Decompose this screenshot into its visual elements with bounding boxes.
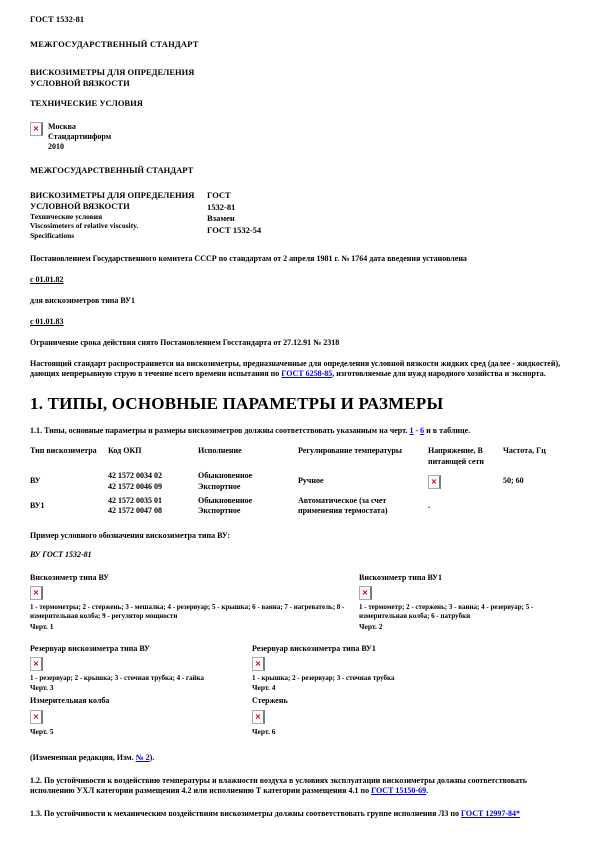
document-page: ГОСТ 1532-81 МЕЖГОСУДАРСТВЕННЫЙ СТАНДАРТ…: [0, 0, 595, 842]
resolution-paragraph: Постановлением Государственного комитета…: [30, 254, 565, 264]
effective-date-2: с 01.01.83: [30, 317, 565, 327]
standard-label: МЕЖГОСУДАРСТВЕННЫЙ СТАНДАРТ: [30, 39, 565, 50]
figure-2-ref: Черт. 2: [359, 622, 565, 632]
figure-3-ref: Черт. 3: [30, 683, 240, 693]
imprint-city: Москва: [48, 122, 111, 132]
figure-4-6-block: Резервуар вискозиметра типа ВУ1 × 1 - кр…: [252, 644, 565, 740]
example-label: Пример условного обозначения вискозиметр…: [30, 531, 565, 541]
gost-word: ГОСТ: [207, 190, 261, 201]
table-row-vu1: ВУ1 42 1572 0035 01 42 1572 0047 08 Обык…: [30, 494, 565, 519]
figure-3-title: Резервуар вискозиметра типа ВУ: [30, 644, 240, 654]
p11-text-pre: 1.1. Типы, основные параметры и размеры …: [30, 426, 409, 435]
cell-temp-vu: Ручное: [298, 469, 428, 494]
p12-text-pre: 1.2. По устойчивости к воздействию темпе…: [30, 776, 527, 796]
amended-note: (Измененная редакция, Изм. № 2).: [30, 753, 565, 763]
for-vu1-note: для вискозиметров типа ВУ1: [30, 296, 565, 306]
cell-okp-vu: 42 1572 0034 02 42 1572 0046 09: [108, 469, 198, 494]
figure-2-title: Вискозиметр типа ВУ1: [359, 573, 565, 583]
header-execution: Исполнение: [198, 444, 298, 469]
figure-3-5-block: Резервуар вискозиметра типа ВУ × 1 - рез…: [30, 644, 252, 740]
gost-number: 1532-81: [207, 202, 261, 213]
scope-text-post: , изготовляемые для нужд народного хозяй…: [332, 369, 545, 378]
section-1-title: 1. ТИПЫ, ОСНОВНЫЕ ПАРАМЕТРЫ И РАЗМЕРЫ: [30, 395, 565, 414]
broken-image-icon: ×: [30, 657, 43, 671]
effective-date-1: с 01.01.82: [30, 275, 565, 285]
doc-code: ГОСТ 1532-81: [30, 14, 565, 25]
cell-voltage-vu1: .: [428, 494, 503, 519]
figure-4-image: ×: [252, 657, 565, 671]
p12-text-post: .: [426, 786, 428, 795]
figure-4-title: Резервуар вискозиметра типа ВУ1: [252, 644, 565, 654]
figure-1-block: Вискозиметр типа ВУ × 1 - термометры; 2 …: [30, 573, 359, 635]
figure-3-caption: 1 - резервуар; 2 - крышка; 3 - сточная т…: [30, 674, 240, 683]
okp-code: 42 1572 0034 02: [108, 471, 194, 481]
main-title: ВИСКОЗИМЕТРЫ ДЛЯ ОПРЕДЕЛЕНИЯ УСЛОВНОЙ ВЯ…: [30, 67, 565, 88]
okp-code: 42 1572 0046 09: [108, 482, 194, 492]
title-block: ВИСКОЗИМЕТРЫ ДЛЯ ОПРЕДЕЛЕНИЯ УСЛОВНОЙ ВЯ…: [30, 190, 565, 241]
broken-image-icon: ×: [428, 475, 441, 489]
standard-label-2: МЕЖГОСУДАРСТВЕННЫЙ СТАНДАРТ: [30, 165, 565, 176]
limitation-paragraph: Ограничение срока действия снято Постано…: [30, 338, 565, 348]
figure-5-title: Измерительная колба: [30, 696, 240, 706]
main-title-line2: УСЛОВНОЙ ВЯЗКОСТИ: [30, 78, 565, 89]
figure-4-caption: 1 - крышка; 2 - резервуар; 3 - сточная т…: [252, 674, 565, 683]
cell-okp-vu1: 42 1572 0035 01 42 1572 0047 08: [108, 494, 198, 519]
figure-1-caption: 1 - термометры; 2 - стержень; 3 - мешалк…: [30, 603, 347, 622]
scope-paragraph: Настоящий стандарт распространяется на в…: [30, 359, 565, 379]
figure-6-title: Стержень: [252, 696, 565, 706]
title-ru-line1: ВИСКОЗИМЕТРЫ ДЛЯ ОПРЕДЕЛЕНИЯ: [30, 190, 207, 201]
header-voltage: Напряжение, В питающей сети: [428, 444, 503, 469]
title-block-left: ВИСКОЗИМЕТРЫ ДЛЯ ОПРЕДЕЛЕНИЯ УСЛОВНОЙ ВЯ…: [30, 190, 207, 241]
broken-image-icon: ×: [30, 710, 43, 724]
cell-type-vu: ВУ: [30, 469, 108, 494]
cell-frequency-vu: 50; 60: [503, 469, 565, 494]
cell-temp-vu1: Автоматическое (за счет применения термо…: [298, 494, 428, 519]
broken-image-icon: ×: [30, 122, 43, 136]
title-en-line1: Viscosimeters of relative viscosity.: [30, 221, 207, 231]
table-header-row: Тип вискозиметра Код ОКП Исполнение Регу…: [30, 444, 565, 469]
okp-code: 42 1572 0035 01: [108, 496, 194, 506]
figure-2-block: Вискозиметр типа ВУ1 × 1 - термометр; 2 …: [359, 573, 565, 635]
title-ru-line2: УСЛОВНОЙ ВЯЗКОСТИ: [30, 201, 207, 212]
broken-image-icon: ×: [30, 586, 43, 600]
figure-row-1: Вискозиметр типа ВУ × 1 - термометры; 2 …: [30, 573, 565, 635]
subtitle: ТЕХНИЧЕСКИЕ УСЛОВИЯ: [30, 98, 565, 109]
figure-4-ref: Черт. 4: [252, 683, 565, 693]
imprint-block: × Москва Стандартинформ 2010: [30, 122, 565, 152]
p13-text-pre: 1.3. По устойчивости к механическим возд…: [30, 809, 461, 818]
broken-image-icon: ×: [252, 657, 265, 671]
header-temp-regulation: Регулирование температуры: [298, 444, 428, 469]
execution-kind: Экспортное: [198, 506, 294, 516]
header-frequency: Частота, Гц: [503, 444, 565, 469]
execution-kind: Обыкновенное: [198, 496, 294, 506]
figure-row-2: Резервуар вискозиметра типа ВУ × 1 - рез…: [30, 644, 565, 740]
table-row-vu: ВУ 42 1572 0034 02 42 1572 0046 09 Обыкн…: [30, 469, 565, 494]
cell-execution-vu: Обыкновенное Экспортное: [198, 469, 298, 494]
broken-image-icon: ×: [252, 710, 265, 724]
cell-frequency-vu1: [503, 494, 565, 519]
figure-3-image: ×: [30, 657, 240, 671]
imprint-year: 2010: [48, 142, 111, 152]
okp-code: 42 1572 0047 08: [108, 506, 194, 516]
cell-type-vu1: ВУ1: [30, 494, 108, 519]
figure-1-ref: Черт. 1: [30, 622, 347, 632]
figure-1-title: Вискозиметр типа ВУ: [30, 573, 347, 583]
header-okp: Код ОКП: [108, 444, 198, 469]
link-gost-12997-84[interactable]: ГОСТ 12997-84*: [461, 809, 520, 818]
title-block-right: ГОСТ 1532-81 Взамен ГОСТ 1532-54: [207, 190, 261, 241]
example-designation: ВУ ГОСТ 1532-81: [30, 550, 565, 560]
p11-text-post: и в таблице.: [424, 426, 470, 435]
link-gost-15150-69[interactable]: ГОСТ 15150-69: [371, 786, 426, 795]
replaced-gost: ГОСТ 1532-54: [207, 225, 261, 236]
paragraph-1-3: 1.3. По устойчивости к механическим возд…: [30, 809, 565, 819]
link-amendment-2[interactable]: № 2: [136, 753, 150, 762]
figure-2-image: ×: [359, 586, 565, 600]
cell-execution-vu1: Обыкновенное Экспортное: [198, 494, 298, 519]
vzamen-label: Взамен: [207, 213, 261, 224]
amended-text-post: ).: [150, 753, 155, 762]
cell-voltage-vu: ×: [428, 469, 503, 494]
link-gost-6258-85[interactable]: ГОСТ 6258-85: [281, 369, 332, 378]
paragraph-1-1: 1.1. Типы, основные параметры и размеры …: [30, 426, 565, 436]
figure-6-image: ×: [252, 710, 565, 724]
title-tech-conditions: Технические условия: [30, 212, 207, 222]
header-type: Тип вискозиметра: [30, 444, 108, 469]
figure-6-ref: Черт. 6: [252, 727, 565, 737]
parameters-table: Тип вискозиметра Код ОКП Исполнение Регу…: [30, 444, 565, 518]
execution-kind: Экспортное: [198, 482, 294, 492]
paragraph-1-2: 1.2. По устойчивости к воздействию темпе…: [30, 776, 565, 798]
figure-5-ref: Черт. 5: [30, 727, 240, 737]
title-en-line2: Specifications: [30, 231, 207, 241]
amended-text-pre: (Измененная редакция, Изм.: [30, 753, 136, 762]
figure-1-image: ×: [30, 586, 347, 600]
figure-5-image: ×: [30, 710, 240, 724]
main-title-line1: ВИСКОЗИМЕТРЫ ДЛЯ ОПРЕДЕЛЕНИЯ: [30, 67, 565, 78]
imprint-lines: Москва Стандартинформ 2010: [48, 122, 111, 152]
broken-image-icon: ×: [359, 586, 372, 600]
imprint-publisher: Стандартинформ: [48, 132, 111, 142]
execution-kind: Обыкновенное: [198, 471, 294, 481]
figure-2-caption: 1 - термометр; 2 - стержень; 3 - ванна; …: [359, 603, 565, 622]
